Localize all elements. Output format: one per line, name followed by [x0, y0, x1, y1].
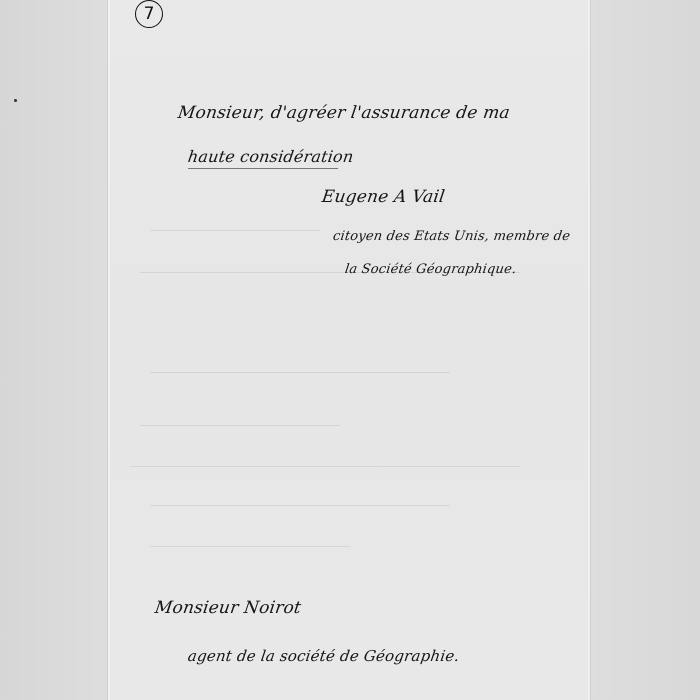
bleed-through-line [130, 466, 520, 467]
bleed-through-line [140, 425, 340, 426]
closing-line-1: Monsieur, d'agréer l'assurance de ma [177, 103, 512, 123]
dust-speck [14, 99, 17, 102]
bleed-through-line [150, 546, 350, 547]
signature-name: Eugene A Vail [321, 187, 447, 207]
folio-number: 7 [135, 0, 163, 28]
addressee-name: Monsieur Noirot [154, 598, 303, 618]
signature-title-line-2: la Société Géographique. [344, 262, 517, 277]
closing-flourish [188, 168, 338, 169]
scan-background-left [0, 0, 112, 700]
signature-title-line-1: citoyen des Etats Unis, membre de [332, 229, 571, 244]
closing-line-2: haute considération [187, 147, 355, 166]
bleed-through-line [150, 372, 450, 373]
scan-background-right [585, 0, 700, 700]
addressee-role: agent de la société de Géographie. [187, 647, 461, 665]
bleed-through-line [150, 230, 320, 231]
folio-number-text: 7 [144, 6, 155, 23]
bleed-through-line [150, 505, 450, 506]
